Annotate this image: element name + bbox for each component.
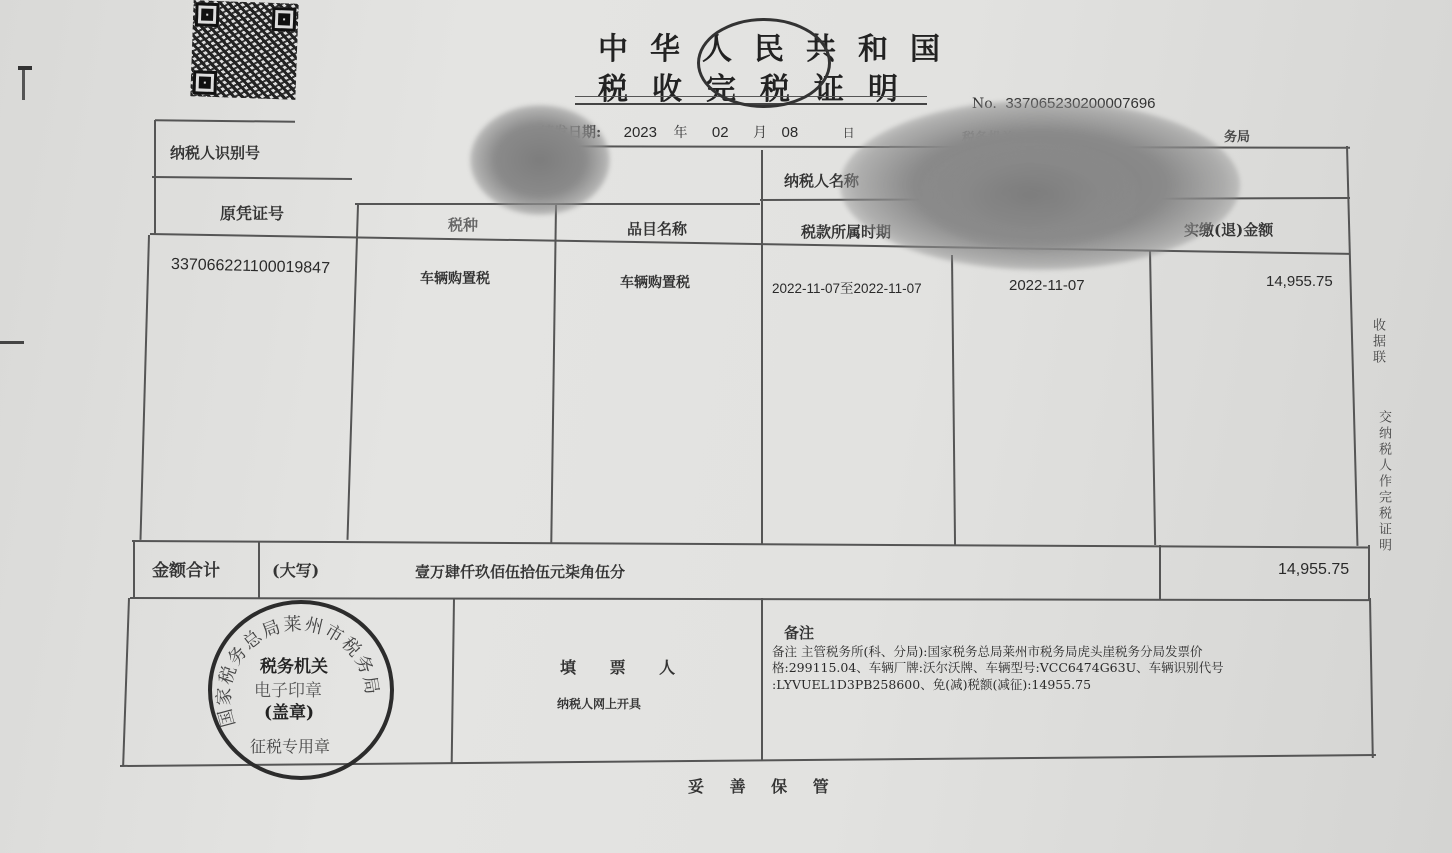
copy-name-label: 收据联 [1368,318,1387,366]
redaction-blur [470,105,610,215]
table-border [1149,250,1156,545]
cell-item-name: 车辆购置税 [620,272,690,292]
stamp-center-line3: (盖章) [264,698,314,723]
day-unit: 日 [843,126,855,140]
cell-amount: 14,955.75 [1266,273,1333,290]
edge-mark [22,70,25,100]
month-unit: 月 [753,125,767,141]
table-border [132,540,1368,548]
copy-purpose-label: 交纳税人作完税证明 [1374,410,1393,554]
cell-storage-date: 2022-11-07 [1009,277,1085,294]
table-border [133,540,135,598]
table-border [951,255,956,545]
title-seal [697,18,831,108]
issue-day: 08 [782,124,799,141]
remarks-line1: 备注 主管税务所(科、分局):国家税务总局莱州市税务局虎头崖税务分局发票价 [772,643,1202,660]
stamp-bottom-text: 征税专用章 [250,734,330,757]
edge-mark [18,66,32,70]
table-border [1159,545,1161,600]
edge-mark [0,341,24,344]
tax-authority-suffix: 务局 [1224,126,1250,145]
remarks-line2: 格:299115.04、车辆厂牌:沃尔沃牌、车辆型号:VCC6474G63U、车… [772,659,1224,676]
footer-keep-safely: 妥 善 保 管 [688,774,839,797]
table-border [1346,146,1358,546]
table-border [761,150,763,545]
table-border [139,235,150,540]
column-header-item-name: 品目名称 [627,218,687,239]
total-capital-label: (大写) [272,558,319,581]
issue-year: 2023 [624,124,657,141]
taxpayer-id-label: 纳税人识别号 [170,142,260,163]
total-capital-amount: 壹万肆仟玖佰伍拾伍元柒角伍分 [415,561,625,582]
issue-month: 02 [712,124,729,141]
stamp-center-line1: 税务机关 [260,652,328,677]
column-header-voucher: 原凭证号 [220,201,284,224]
cell-voucher-no: 337066221100019847 [171,256,330,278]
table-border [152,176,352,180]
total-amount: 14,955.75 [1278,561,1349,579]
remarks-title: 备注 [784,622,814,643]
table-border [761,598,763,760]
remarks-line3: :LYVUEL1D3PB258600、免(减)税额(减征):14955.75 [772,676,1091,693]
table-border [258,542,260,598]
cell-tax-period: 2022-11-07至2022-11-07 [772,277,922,297]
qr-code [190,0,298,100]
table-border [346,205,359,540]
table-border [154,120,156,235]
filler-value: 纳税人网上开具 [557,695,641,712]
table-border [122,598,130,766]
cell-tax-type: 车辆购置税 [420,268,490,288]
table-border [1369,598,1374,758]
table-border [155,119,295,122]
total-label: 金额合计 [152,556,220,581]
year-unit: 年 [673,125,687,141]
table-border [550,205,557,543]
table-border [451,598,455,763]
redaction-blur [920,140,1140,250]
tax-authority-stamp: 国家税务总局莱州市税务局 税务机关 电子印章 (盖章) 征税专用章 [208,600,394,780]
column-header-tax-type: 税种 [448,214,478,235]
table-border [1368,545,1370,600]
filler-label: 填 票 人 [560,655,689,678]
